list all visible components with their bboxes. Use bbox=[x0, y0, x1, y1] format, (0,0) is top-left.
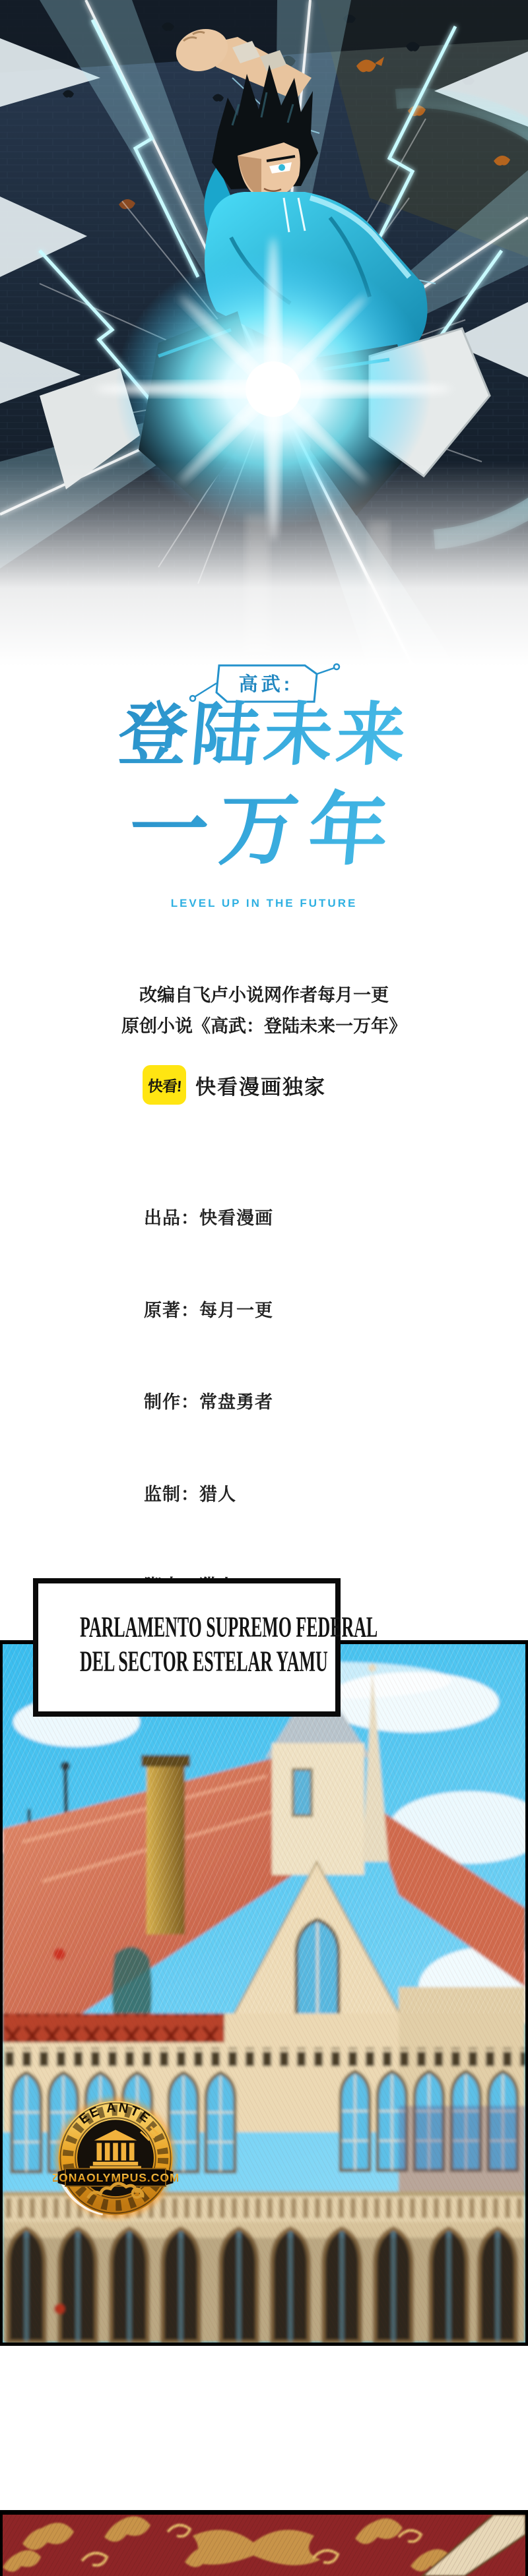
kuaikan-logo-text: 快看! bbox=[147, 1074, 182, 1096]
comic-page: 高武: 登陆未来 一万年 LEVEL UP IN THE FUTURE 改编自飞… bbox=[0, 0, 528, 2576]
title-subtitle: LEVEL UP IN THE FUTURE bbox=[0, 897, 528, 910]
adaptation-line: 改编自飞卢小说网作者每月一更 bbox=[0, 981, 528, 1006]
hero-artwork bbox=[0, 0, 528, 666]
bottom-fade bbox=[0, 462, 528, 666]
hatch-overlay bbox=[3, 1644, 525, 2343]
kuaikan-logo-icon: 快看! bbox=[143, 1065, 186, 1105]
publisher-row: 快看! 快看漫画独家 bbox=[143, 1065, 326, 1105]
caption-box: PARLAMENTO SUPREMO FEDERAL DEL SECTOR ES… bbox=[33, 1578, 341, 1717]
title-main: 登陆未来 bbox=[0, 696, 528, 776]
badge-label: 高武: bbox=[239, 673, 294, 695]
credit-line: 原著：每月一更 bbox=[144, 1295, 388, 1326]
footer-ornament bbox=[0, 2510, 528, 2576]
title-second-line: 一万年 bbox=[0, 785, 528, 876]
hero-eye bbox=[279, 164, 285, 171]
credit-line: 出品：快看漫画 bbox=[144, 1203, 388, 1234]
watermark-badge: LEE ANTES ZONAOLYMPUS.COM bbox=[53, 2092, 178, 2228]
caption-line-2: DEL SECTOR ESTELAR YAMU bbox=[80, 1640, 294, 1682]
credit-line: 制作：常盘勇者 bbox=[144, 1387, 388, 1418]
original-novel-line: 原创小说《高武：登陆未来一万年》 bbox=[0, 1012, 528, 1037]
exclusive-label: 快看漫画独家 bbox=[195, 1070, 326, 1100]
credit-line: 监制：猎人 bbox=[144, 1479, 388, 1510]
building-panel bbox=[0, 1640, 528, 2346]
